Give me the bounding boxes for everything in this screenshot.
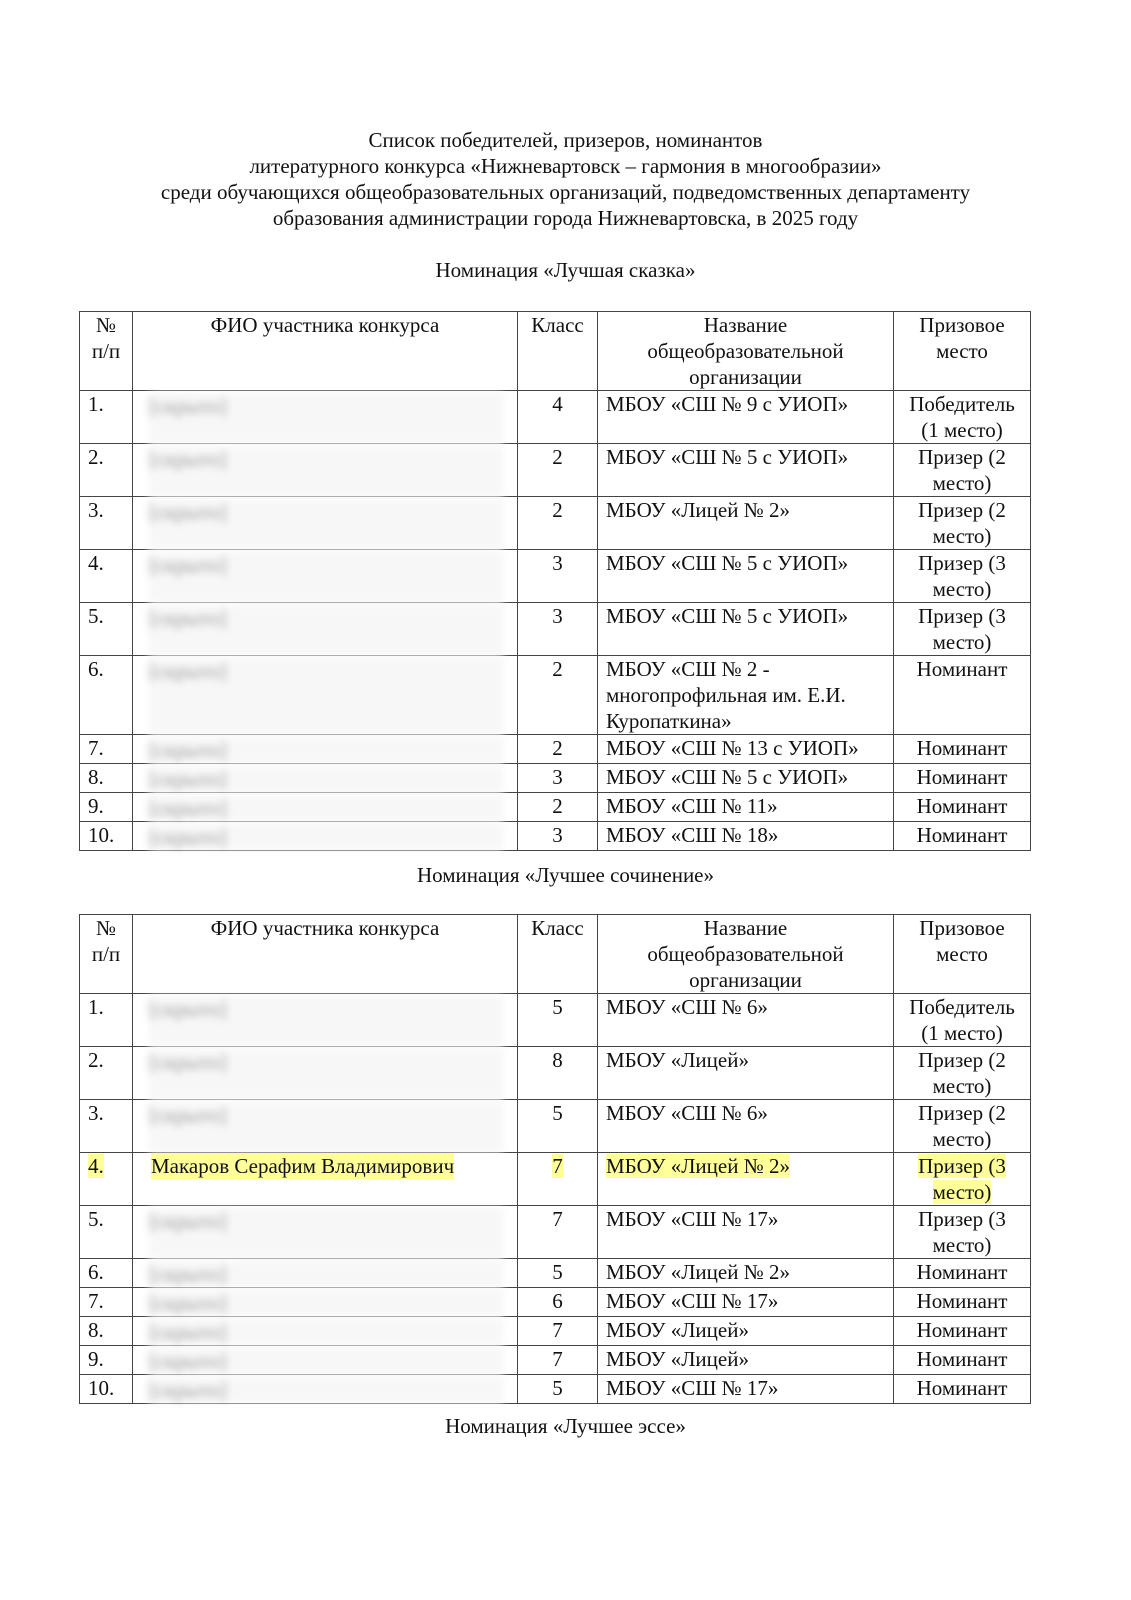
cell-place-text: Номинант — [917, 1376, 1008, 1400]
table-row: 5.[скрыто]7МБОУ «СШ № 17»Призер (3 место… — [80, 1206, 1031, 1259]
cell-num: 8. — [80, 1317, 133, 1346]
cell-place-text: Номинант — [917, 1347, 1008, 1371]
cell-grade-text: 2 — [552, 498, 563, 522]
cell-num-text: 5. — [88, 1207, 104, 1231]
participant-name-redacted: [скрыто] — [149, 1290, 503, 1316]
cell-place: Призер (3 место) — [894, 1206, 1031, 1259]
cell-num-text: 4. — [88, 551, 104, 575]
cell-org: МБОУ «СШ № 6» — [598, 994, 894, 1047]
table-row: 9.[скрыто]2МБОУ «СШ № 11»Номинант — [80, 793, 1031, 822]
cell-place-text: Номинант — [917, 794, 1008, 818]
cell-grade-text: 5 — [552, 1260, 563, 1284]
cell-place: Номинант — [894, 656, 1031, 735]
participant-name-redacted: [скрыто] — [149, 658, 503, 734]
cell-org-text: МБОУ «СШ № 17» — [606, 1289, 778, 1313]
cell-grade: 5 — [518, 1375, 598, 1404]
cell-num-text: 6. — [88, 657, 104, 681]
cell-grade: 2 — [518, 444, 598, 497]
cell-name: [скрыто] — [133, 1047, 518, 1100]
cell-place: Номинант — [894, 1375, 1031, 1404]
participant-name-redacted: [скрыто] — [149, 824, 503, 850]
cell-name: [скрыто] — [133, 550, 518, 603]
cell-num-text: 3. — [88, 1101, 104, 1125]
header-num: № п/п — [80, 915, 133, 994]
cell-grade-text: 5 — [552, 995, 563, 1019]
cell-org: МБОУ «Лицей» — [598, 1346, 894, 1375]
table-row: 10.[скрыто]3МБОУ «СШ № 18»Номинант — [80, 822, 1031, 851]
cell-grade: 2 — [518, 656, 598, 735]
cell-place: Номинант — [894, 1288, 1031, 1317]
cell-place-text: Призер (3 место) — [918, 1154, 1006, 1204]
header-grade: Класс — [518, 915, 598, 994]
cell-grade: 5 — [518, 994, 598, 1047]
cell-num: 3. — [80, 497, 133, 550]
cell-num-text: 10. — [88, 823, 114, 847]
cell-num: 7. — [80, 1288, 133, 1317]
table-header-row: № п/п ФИО участника конкурса Класс Назва… — [80, 312, 1031, 391]
table-row: 8.[скрыто]7МБОУ «Лицей»Номинант — [80, 1317, 1031, 1346]
cell-place-text: Номинант — [917, 1260, 1008, 1284]
cell-grade-text: 2 — [552, 445, 563, 469]
cell-org: МБОУ «СШ № 17» — [598, 1206, 894, 1259]
cell-place-text: Призер (2 место) — [918, 498, 1006, 548]
cell-place: Номинант — [894, 822, 1031, 851]
cell-num-text: 3. — [88, 498, 104, 522]
participant-name-redacted: [скрыто] — [149, 1049, 503, 1099]
table-row: 6.[скрыто]2МБОУ «СШ № 2 - многопрофильна… — [80, 656, 1031, 735]
cell-grade: 3 — [518, 822, 598, 851]
cell-place: Призер (3 место) — [894, 550, 1031, 603]
cell-num: 6. — [80, 1259, 133, 1288]
cell-place-text: Победитель (1 место) — [909, 392, 1015, 442]
cell-org-text: МБОУ «Лицей» — [606, 1318, 749, 1342]
cell-num-text: 8. — [88, 765, 104, 789]
cell-place-text: Номинант — [917, 765, 1008, 789]
table-row: 6.[скрыто]5МБОУ «Лицей № 2»Номинант — [80, 1259, 1031, 1288]
cell-num: 8. — [80, 764, 133, 793]
cell-name: [скрыто] — [133, 656, 518, 735]
cell-org-text: МБОУ «СШ № 2 - многопрофильная им. Е.И. … — [606, 657, 846, 733]
cell-place: Призер (2 место) — [894, 1100, 1031, 1153]
header-num: № п/п — [80, 312, 133, 391]
cell-place: Номинант — [894, 1346, 1031, 1375]
cell-name: [скрыто] — [133, 444, 518, 497]
participant-name-redacted: [скрыто] — [149, 393, 503, 443]
cell-num-text: 1. — [88, 392, 104, 416]
cell-org: МБОУ «Лицей № 2» — [598, 497, 894, 550]
cell-place: Номинант — [894, 764, 1031, 793]
cell-org-text: МБОУ «Лицей № 2» — [606, 498, 790, 522]
cell-grade: 8 — [518, 1047, 598, 1100]
table-row: 9.[скрыто]7МБОУ «Лицей»Номинант — [80, 1346, 1031, 1375]
document-title: Список победителей, призеров, номинантов… — [0, 127, 1131, 231]
header-org: Название общеобразовательной организации — [598, 312, 894, 391]
header-org: Название общеобразовательной организации — [598, 915, 894, 994]
cell-grade-text: 7 — [552, 1347, 563, 1371]
cell-name: [скрыто] — [133, 1259, 518, 1288]
participant-name-redacted: [скрыто] — [149, 737, 503, 763]
cell-grade: 3 — [518, 603, 598, 656]
cell-num-text: 6. — [88, 1260, 104, 1284]
table-row: 1.[скрыто]5МБОУ «СШ № 6»Победитель (1 ме… — [80, 994, 1031, 1047]
header-place: Призовое место — [894, 312, 1031, 391]
cell-name: [скрыто] — [133, 497, 518, 550]
cell-org: МБОУ «СШ № 11» — [598, 793, 894, 822]
cell-place: Номинант — [894, 793, 1031, 822]
table-row: 3.[скрыто]5МБОУ «СШ № 6»Призер (2 место) — [80, 1100, 1031, 1153]
cell-grade-text: 2 — [552, 657, 563, 681]
cell-place: Номинант — [894, 1259, 1031, 1288]
cell-grade-text: 7 — [552, 1318, 563, 1342]
table-row: 4.[скрыто]3МБОУ «СШ № 5 с УИОП»Призер (3… — [80, 550, 1031, 603]
table-row: 5.[скрыто]3МБОУ «СШ № 5 с УИОП»Призер (3… — [80, 603, 1031, 656]
cell-org-text: МБОУ «Лицей № 2» — [606, 1154, 790, 1178]
cell-grade-text: 3 — [552, 551, 563, 575]
cell-org-text: МБОУ «СШ № 6» — [606, 1101, 768, 1125]
participant-name-redacted: [скрыто] — [149, 766, 503, 792]
cell-grade: 2 — [518, 793, 598, 822]
cell-name: [скрыто] — [133, 391, 518, 444]
cell-num: 4. — [80, 550, 133, 603]
cell-grade-text: 7 — [552, 1154, 563, 1178]
cell-name: [скрыто] — [133, 1288, 518, 1317]
header-name: ФИО участника конкурса — [133, 312, 518, 391]
cell-org: МБОУ «СШ № 5 с УИОП» — [598, 764, 894, 793]
cell-grade: 2 — [518, 735, 598, 764]
cell-num: 10. — [80, 822, 133, 851]
cell-name: [скрыто] — [133, 822, 518, 851]
table-row: 7.[скрыто]6МБОУ «СШ № 17»Номинант — [80, 1288, 1031, 1317]
participant-name-redacted: [скрыто] — [149, 1208, 503, 1258]
cell-num: 5. — [80, 603, 133, 656]
cell-num: 3. — [80, 1100, 133, 1153]
participant-name-redacted: [скрыто] — [149, 1319, 503, 1345]
cell-org-text: МБОУ «СШ № 5 с УИОП» — [606, 551, 848, 575]
cell-grade-text: 8 — [552, 1048, 563, 1072]
cell-num-text: 9. — [88, 1347, 104, 1371]
header-place: Призовое место — [894, 915, 1031, 994]
cell-place: Призер (2 место) — [894, 497, 1031, 550]
cell-grade-text: 5 — [552, 1101, 563, 1125]
cell-place-text: Призер (2 место) — [918, 1048, 1006, 1098]
participant-name: Макаров Серафим Владимирович — [151, 1153, 454, 1179]
cell-num: 1. — [80, 391, 133, 444]
cell-org-text: МБОУ «Лицей № 2» — [606, 1260, 790, 1284]
cell-name: [скрыто] — [133, 603, 518, 656]
cell-org-text: МБОУ «СШ № 5 с УИОП» — [606, 445, 848, 469]
participant-name-redacted: [скрыто] — [149, 446, 503, 496]
cell-org-text: МБОУ «СШ № 11» — [606, 794, 778, 818]
participant-name-redacted: [скрыто] — [149, 1348, 503, 1374]
cell-org: МБОУ «СШ № 2 - многопрофильная им. Е.И. … — [598, 656, 894, 735]
cell-name: [скрыто] — [133, 735, 518, 764]
table-row: 7.[скрыто]2МБОУ «СШ № 13 с УИОП»Номинант — [80, 735, 1031, 764]
cell-num: 4. — [80, 1153, 133, 1206]
cell-grade: 7 — [518, 1346, 598, 1375]
cell-place-text: Призер (2 место) — [918, 445, 1006, 495]
participant-name-redacted: [скрыто] — [149, 795, 503, 821]
cell-org: МБОУ «СШ № 9 с УИОП» — [598, 391, 894, 444]
cell-place: Победитель (1 место) — [894, 994, 1031, 1047]
cell-grade: 7 — [518, 1206, 598, 1259]
title-line: среди обучающихся общеобразовательных ор… — [0, 179, 1131, 205]
cell-name: [скрыто] — [133, 994, 518, 1047]
results-table-composition: № п/п ФИО участника конкурса Класс Назва… — [79, 914, 1031, 1404]
cell-place: Призер (3 место) — [894, 1153, 1031, 1206]
cell-org-text: МБОУ «СШ № 9 с УИОП» — [606, 392, 848, 416]
cell-grade: 3 — [518, 764, 598, 793]
cell-grade-text: 3 — [552, 604, 563, 628]
cell-grade-text: 3 — [552, 823, 563, 847]
cell-place-text: Номинант — [917, 1318, 1008, 1342]
cell-org-text: МБОУ «СШ № 6» — [606, 995, 768, 1019]
cell-place: Призер (2 место) — [894, 444, 1031, 497]
cell-org-text: МБОУ «СШ № 18» — [606, 823, 778, 847]
participant-name-redacted: [скрыто] — [149, 1261, 503, 1287]
cell-grade-text: 6 — [552, 1289, 563, 1313]
cell-org-text: МБОУ «Лицей» — [606, 1048, 749, 1072]
cell-num-text: 2. — [88, 1048, 104, 1072]
title-line: образования администрации города Нижнева… — [0, 205, 1131, 231]
cell-place-text: Номинант — [917, 823, 1008, 847]
cell-place-text: Победитель (1 место) — [909, 995, 1015, 1045]
cell-place: Номинант — [894, 1317, 1031, 1346]
cell-org-text: МБОУ «СШ № 5 с УИОП» — [606, 765, 848, 789]
cell-grade: 3 — [518, 550, 598, 603]
nomination-heading-essay: Номинация «Лучшее эссе» — [0, 1413, 1131, 1439]
table-row: 2.[скрыто]8МБОУ «Лицей»Призер (2 место) — [80, 1047, 1031, 1100]
cell-org-text: МБОУ «СШ № 17» — [606, 1207, 778, 1231]
header-name: ФИО участника конкурса — [133, 915, 518, 994]
results-table-fairy-tale: № п/п ФИО участника конкурса Класс Назва… — [79, 311, 1031, 851]
cell-place: Номинант — [894, 735, 1031, 764]
cell-place: Призер (2 место) — [894, 1047, 1031, 1100]
cell-place: Победитель (1 место) — [894, 391, 1031, 444]
cell-org: МБОУ «СШ № 5 с УИОП» — [598, 444, 894, 497]
cell-org-text: МБОУ «Лицей» — [606, 1347, 749, 1371]
cell-org-text: МБОУ «СШ № 13 с УИОП» — [606, 736, 859, 760]
nomination-heading-fairy-tale: Номинация «Лучшая сказка» — [0, 257, 1131, 283]
cell-num: 9. — [80, 793, 133, 822]
cell-num: 2. — [80, 1047, 133, 1100]
cell-place: Призер (3 место) — [894, 603, 1031, 656]
table-row: 4.Макаров Серафим Владимирович7МБОУ «Лиц… — [80, 1153, 1031, 1206]
table-row: 10.[скрыто]5МБОУ «СШ № 17»Номинант — [80, 1375, 1031, 1404]
cell-grade-text: 4 — [552, 392, 563, 416]
participant-name-redacted: [скрыто] — [149, 996, 503, 1046]
cell-grade: 5 — [518, 1100, 598, 1153]
cell-grade-text: 5 — [552, 1376, 563, 1400]
cell-org: МБОУ «СШ № 17» — [598, 1288, 894, 1317]
cell-grade-text: 7 — [552, 1207, 563, 1231]
participant-name-redacted: [скрыто] — [149, 1377, 503, 1403]
cell-org: МБОУ «СШ № 18» — [598, 822, 894, 851]
title-line: Список победителей, призеров, номинантов — [0, 127, 1131, 153]
participant-name-redacted: [скрыто] — [149, 552, 503, 602]
cell-num-text: 1. — [88, 995, 104, 1019]
cell-name: [скрыто] — [133, 1100, 518, 1153]
cell-place-text: Номинант — [917, 657, 1008, 681]
cell-grade: 7 — [518, 1317, 598, 1346]
table-row: 8.[скрыто]3МБОУ «СШ № 5 с УИОП»Номинант — [80, 764, 1031, 793]
cell-org: МБОУ «Лицей № 2» — [598, 1259, 894, 1288]
cell-num: 1. — [80, 994, 133, 1047]
cell-num-text: 2. — [88, 445, 104, 469]
cell-num-text: 7. — [88, 736, 104, 760]
header-grade: Класс — [518, 312, 598, 391]
cell-num: 9. — [80, 1346, 133, 1375]
cell-grade-text: 2 — [552, 794, 563, 818]
cell-num: 6. — [80, 656, 133, 735]
cell-num-text: 5. — [88, 604, 104, 628]
cell-org: МБОУ «СШ № 13 с УИОП» — [598, 735, 894, 764]
cell-num: 5. — [80, 1206, 133, 1259]
cell-name: [скрыто] — [133, 764, 518, 793]
participant-name-redacted: [скрыто] — [149, 499, 503, 549]
cell-org-text: МБОУ «СШ № 17» — [606, 1376, 778, 1400]
cell-place-text: Номинант — [917, 736, 1008, 760]
cell-name: [скрыто] — [133, 1317, 518, 1346]
cell-num-text: 7. — [88, 1289, 104, 1313]
cell-name: [скрыто] — [133, 1375, 518, 1404]
cell-org: МБОУ «СШ № 5 с УИОП» — [598, 603, 894, 656]
cell-num-text: 9. — [88, 794, 104, 818]
cell-num-text: 10. — [88, 1376, 114, 1400]
cell-name: [скрыто] — [133, 1346, 518, 1375]
cell-grade: 5 — [518, 1259, 598, 1288]
table-header-row: № п/п ФИО участника конкурса Класс Назва… — [80, 915, 1031, 994]
cell-org-text: МБОУ «СШ № 5 с УИОП» — [606, 604, 848, 628]
participant-name-redacted: [скрыто] — [149, 605, 503, 655]
cell-place-text: Номинант — [917, 1289, 1008, 1313]
table-row: 2.[скрыто]2МБОУ «СШ № 5 с УИОП»Призер (2… — [80, 444, 1031, 497]
table-row: 1.[скрыто]4МБОУ «СШ № 9 с УИОП»Победител… — [80, 391, 1031, 444]
table-row: 3.[скрыто]2МБОУ «Лицей № 2»Призер (2 мес… — [80, 497, 1031, 550]
participant-name-redacted: [скрыто] — [149, 1102, 503, 1152]
cell-name: [скрыто] — [133, 1206, 518, 1259]
nomination-heading-essay-composition: Номинация «Лучшее сочинение» — [0, 862, 1131, 888]
cell-place-text: Призер (3 место) — [918, 551, 1006, 601]
cell-num-text: 8. — [88, 1318, 104, 1342]
cell-name: [скрыто] — [133, 793, 518, 822]
cell-grade: 7 — [518, 1153, 598, 1206]
cell-grade-text: 2 — [552, 736, 563, 760]
cell-org: МБОУ «СШ № 6» — [598, 1100, 894, 1153]
cell-grade-text: 3 — [552, 765, 563, 789]
cell-name: Макаров Серафим Владимирович — [133, 1153, 518, 1206]
cell-num-text: 4. — [88, 1154, 104, 1178]
title-line: литературного конкурса «Нижневартовск – … — [0, 153, 1131, 179]
cell-org: МБОУ «СШ № 17» — [598, 1375, 894, 1404]
cell-org: МБОУ «СШ № 5 с УИОП» — [598, 550, 894, 603]
cell-place-text: Призер (2 место) — [918, 1101, 1006, 1151]
cell-num: 7. — [80, 735, 133, 764]
cell-org: МБОУ «Лицей» — [598, 1317, 894, 1346]
cell-org: МБОУ «Лицей № 2» — [598, 1153, 894, 1206]
cell-num: 10. — [80, 1375, 133, 1404]
cell-grade: 2 — [518, 497, 598, 550]
cell-grade: 6 — [518, 1288, 598, 1317]
cell-org: МБОУ «Лицей» — [598, 1047, 894, 1100]
cell-place-text: Призер (3 место) — [918, 1207, 1006, 1257]
cell-place-text: Призер (3 место) — [918, 604, 1006, 654]
cell-num: 2. — [80, 444, 133, 497]
cell-grade: 4 — [518, 391, 598, 444]
